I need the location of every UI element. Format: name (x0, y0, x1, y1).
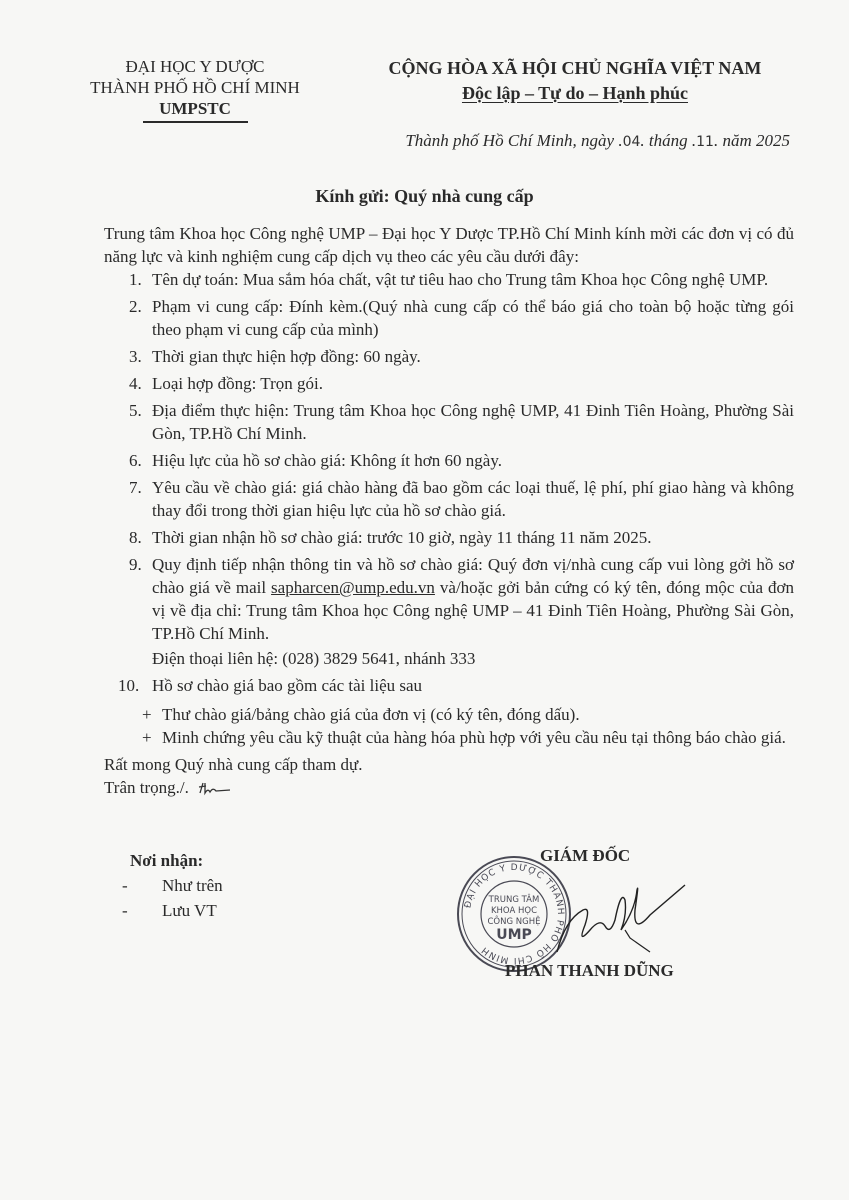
list-item: 4.Loại hợp đồng: Trọn gói. (104, 372, 794, 395)
list-item: 10.Hồ sơ chào giá bao gồm các tài liệu s… (104, 674, 794, 697)
issuing-organization: ĐẠI HỌC Y DƯỢC THÀNH PHỐ HỒ CHÍ MINH UMP… (90, 56, 300, 123)
contact-phone: Điện thoại liên hệ: (028) 3829 5641, nhá… (104, 647, 794, 670)
date-month-label: tháng (645, 131, 692, 150)
date-month: 11 (696, 134, 714, 150)
list-item: 2.Phạm vi cung cấp: Đính kèm.(Quý nhà cu… (104, 295, 794, 341)
intro-paragraph: Trung tâm Khoa học Công nghệ UMP – Đại h… (104, 222, 794, 268)
list-item: 3.Thời gian thực hiện hợp đồng: 60 ngày. (104, 345, 794, 368)
regards-line: Trân trọng./. (104, 776, 794, 799)
list-item: 1.Tên dự toán: Mua sắm hóa chất, vật tư … (104, 268, 794, 291)
list-item: 7.Yêu cầu về chào giá: giá chào hàng đã … (104, 476, 794, 522)
date-day: 04 (623, 134, 641, 150)
date-year: năm 2025 (718, 131, 790, 150)
list-item: 9.Quy định tiếp nhận thông tin và hồ sơ … (104, 553, 794, 645)
closing-line: Rất mong Quý nhà cung cấp tham dự. (104, 753, 794, 776)
list-item: 6.Hiệu lực của hồ sơ chào giá: Không ít … (104, 449, 794, 472)
date-prefix: Thành phố Hồ Chí Minh, ngày (405, 131, 618, 150)
org-line-1: ĐẠI HỌC Y DƯỢC (90, 56, 300, 77)
email-link[interactable]: sapharcen@ump.edu.vn (271, 578, 435, 597)
initials-signature-icon (197, 781, 231, 797)
national-motto: Độc lập – Tự do – Hạnh phúc (355, 80, 795, 106)
list-item: 8.Thời gian nhận hồ sơ chào giá: trước 1… (104, 526, 794, 549)
salutation: Kính gửi: Quý nhà cung cấp (0, 186, 849, 207)
requirements-list: 1.Tên dự toán: Mua sắm hóa chất, vật tư … (104, 268, 794, 645)
recipient-item: -Lưu VT (130, 898, 223, 923)
signer-name: PHAN THANH DŨNG (505, 961, 674, 981)
recipients-title: Nơi nhận: (130, 848, 223, 873)
list-item: 5.Địa điểm thực hiện: Trung tâm Khoa học… (104, 399, 794, 445)
handwritten-signature-icon (555, 880, 690, 960)
unit-name: UMPSTC (90, 98, 300, 119)
document-sublist: +Thư chào giá/bảng chào giá của đơn vị (… (104, 703, 794, 749)
header-rule (143, 121, 248, 123)
org-line-2: THÀNH PHỐ HỒ CHÍ MINH (90, 77, 300, 98)
document-date: Thành phố Hồ Chí Minh, ngày .04. tháng .… (330, 131, 790, 151)
svg-text:UMP: UMP (496, 927, 532, 943)
nation-title: CỘNG HÒA XÃ HỘI CHỦ NGHĨA VIỆT NAM (355, 56, 795, 80)
recipients-block: Nơi nhận: -Như trên -Lưu VT (130, 848, 223, 923)
national-header: CỘNG HÒA XÃ HỘI CHỦ NGHĨA VIỆT NAM Độc l… (355, 56, 795, 106)
svg-text:CÔNG NGHỆ: CÔNG NGHỆ (488, 915, 541, 927)
sub-list-item: +Minh chứng yêu cầu kỹ thuật của hàng hó… (104, 726, 794, 749)
svg-text:TRUNG TÂM: TRUNG TÂM (488, 893, 540, 905)
svg-text:KHOA HỌC: KHOA HỌC (491, 906, 537, 916)
requirements-list-cont: 10.Hồ sơ chào giá bao gồm các tài liệu s… (104, 674, 794, 697)
letter-body: Trung tâm Khoa học Công nghệ UMP – Đại h… (104, 222, 794, 799)
sub-list-item: +Thư chào giá/bảng chào giá của đơn vị (… (104, 703, 794, 726)
recipient-item: -Như trên (130, 873, 223, 898)
